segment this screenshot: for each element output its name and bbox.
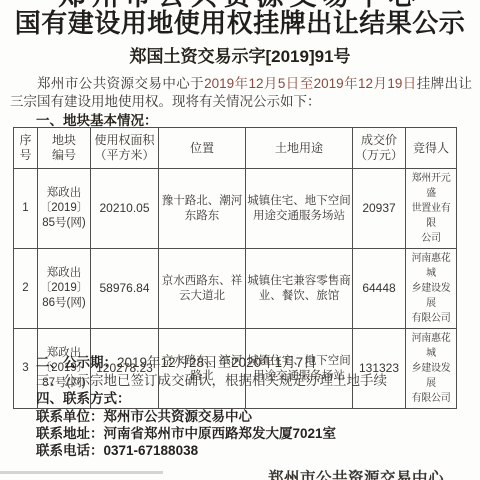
table-cell: 郑政出 〔2019〕 86号(网) — [38, 249, 91, 329]
table-cell: 64448 — [353, 249, 406, 329]
table-cell: 河南惠花城 乡建设发展 有限公司 — [406, 249, 457, 329]
table-cell: 城镇住宅兼容零售商 业、餐饮、旅馆 — [246, 249, 353, 329]
table-cell: 2 — [14, 249, 38, 329]
intro-date-range: 2019年12月5日至2019年12月19日 — [204, 76, 417, 91]
th-area: 使用权面积 （平方米） — [91, 128, 159, 169]
section-4-heading: 四、联系方式： — [36, 391, 131, 406]
contact-phone-line: 联系电话：0371-67188038 — [36, 443, 198, 458]
th-seq-no: 序 号 — [14, 128, 38, 169]
section-2-value: 2019年12月28日至2020年1月7日 — [117, 355, 317, 370]
table-header-row: 序 号 地块 编号 使用权面积 （平方米） 位置 土地用途 成交价 （万元） 竞… — [14, 128, 457, 169]
doc-number: 郑国土资交易示字[2019]91号 — [0, 42, 480, 67]
table-cell: 城镇住宅、地下空间 用途交通服务场站 — [246, 169, 353, 249]
intro-paragraph: 郑州市公共资源交易中心于2019年12月5日至2019年12月19日挂牌出让三宗… — [10, 75, 472, 110]
signature-org: 郑州市公共资源交易中心 — [268, 466, 444, 480]
table-cell: 131323 — [353, 329, 406, 409]
table-cell: 豫十路北、潮河 东路东 — [159, 169, 246, 249]
table-cell: 河南惠花城 乡建设发展 有限公司 — [406, 329, 457, 409]
section-2-line: 二、公示期：2019年12月28日至2020年1月7日 — [36, 355, 317, 370]
scan-artifact-line — [0, 471, 163, 474]
table-cell: 1 — [14, 169, 38, 249]
table-cell: 京水西路东、祥 云大道北 — [159, 249, 246, 329]
th-winner: 竞得人 — [406, 128, 457, 169]
section-1-heading: 一、地块基本情况： — [36, 109, 158, 129]
table-row: 2 郑政出 〔2019〕 86号(网) 58976.84 京水西路东、祥 云大道… — [14, 249, 457, 329]
table-cell: 20210.05 — [91, 169, 159, 249]
table-cell: 郑政出 〔2019〕 85号(网) — [38, 169, 91, 249]
table-cell: 3 — [14, 329, 38, 409]
table-cell: 郑州开元盛 世置业有限 公司 — [406, 169, 457, 249]
table-cell: 20937 — [353, 169, 406, 249]
section-3-line: 三、公示宗地已签订成交确认，根据相关规定办理土地手续 — [36, 373, 387, 388]
table-row: 1 郑政出 〔2019〕 85号(网) 20210.05 豫十路北、潮河 东路东… — [14, 169, 457, 249]
doc-title-line2: 国有建设用地使用权挂牌出让结果公示 — [0, 9, 480, 37]
th-land-use: 土地用途 — [246, 128, 353, 169]
table-cell: 58976.84 — [91, 249, 159, 329]
section-2-label: 二、公示期： — [36, 355, 117, 370]
th-parcel-no: 地块 编号 — [38, 128, 91, 169]
contact-address-line: 联系地址：河南省郑州市中原西路郑发大厦7021室 — [36, 426, 336, 441]
th-location: 位置 — [159, 128, 246, 169]
contact-unit-line: 联系单位：郑州市公共资源交易中心 — [36, 409, 252, 424]
intro-lead: 郑州市公共资源交易中心于 — [37, 76, 204, 91]
th-price: 成交价 （万元） — [353, 128, 406, 169]
document-page: 郑州市公共资源交易中心 国有建设用地使用权挂牌出让结果公示 郑国土资交易示字[2… — [0, 0, 480, 480]
